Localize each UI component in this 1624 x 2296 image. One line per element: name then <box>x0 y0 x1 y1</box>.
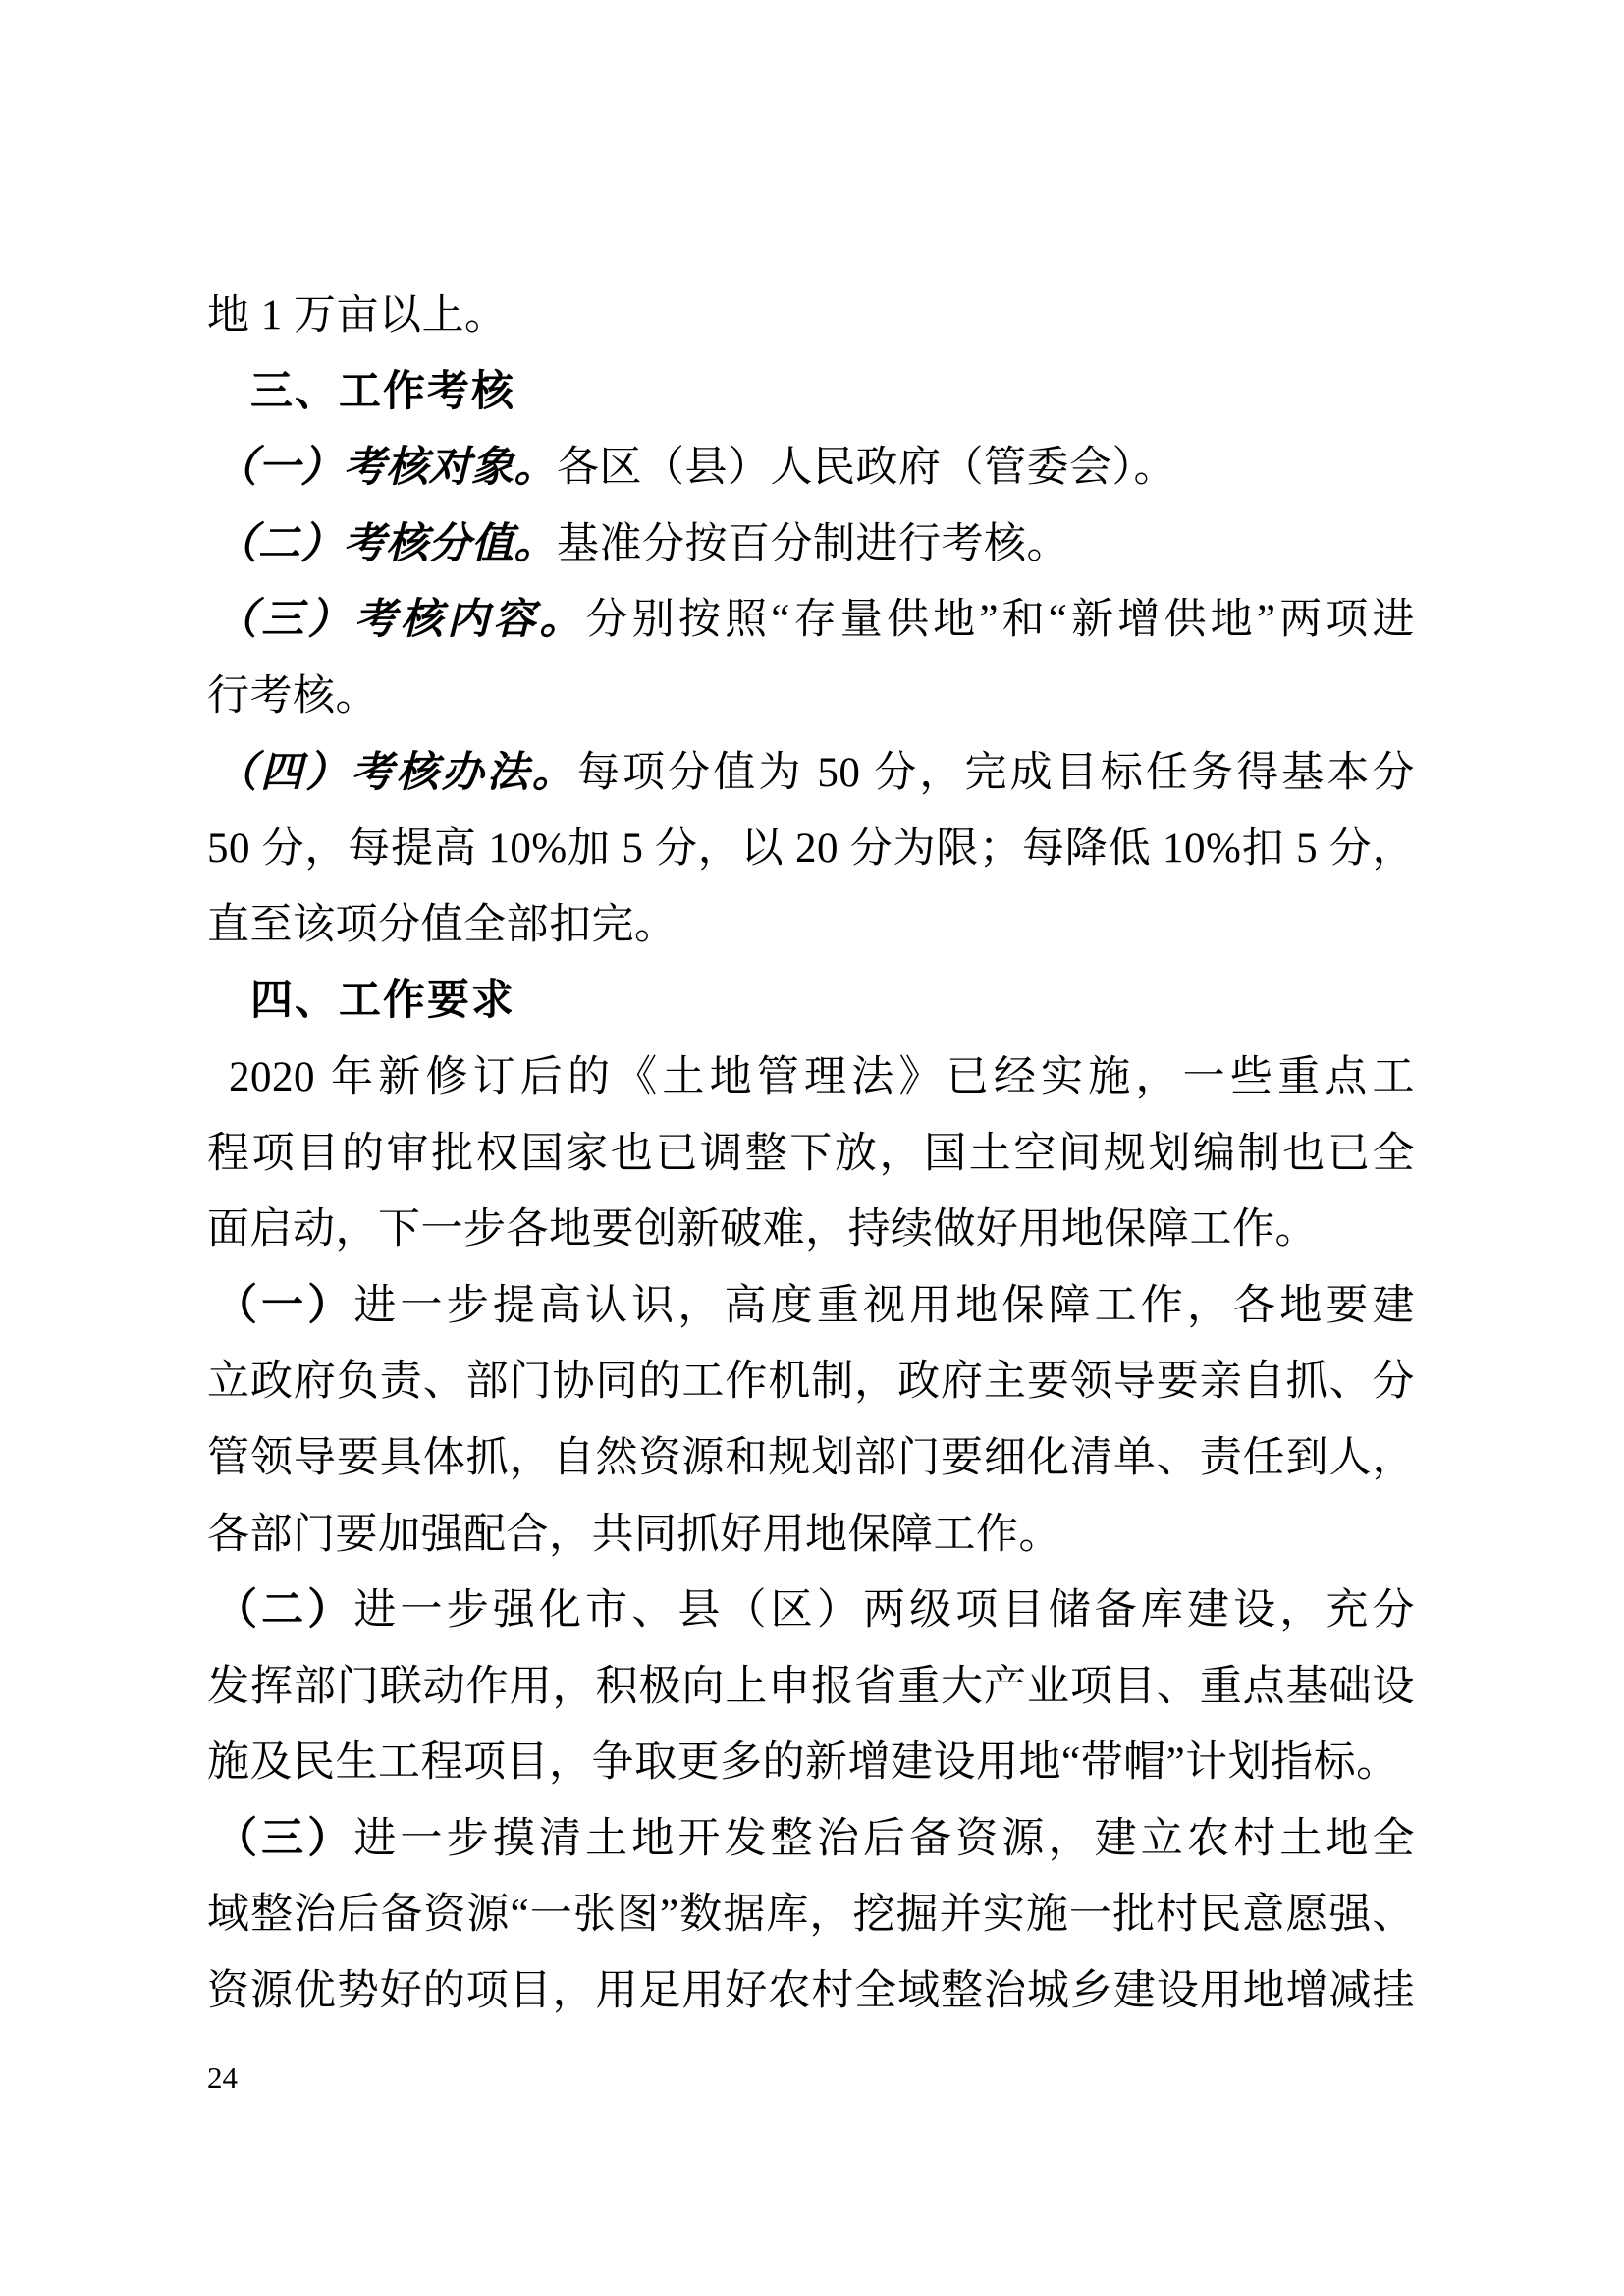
text-line: （一）进一步提高认识，高度重视用地保障工作，各地要建 <box>207 1268 1415 1345</box>
text-segment-bold: （二） <box>215 1587 353 1633</box>
text-line: （一）考核对象。各区（县）人民政府（管委会）。 <box>207 430 1415 507</box>
text-segment-normal: 行考核。 <box>207 673 378 720</box>
text-segment-bold: （三） <box>215 1816 353 1862</box>
text-segment-normal: 施及民生工程项目，争取更多的新增建设用地“带帽”计划指标。 <box>207 1739 1399 1786</box>
text-segment-normal: 每项分值为 50 分，完成目标任务得基本分 <box>577 750 1415 796</box>
text-segment-normal: 基准分按百分制进行考核。 <box>557 521 1069 567</box>
text-line: 施及民生工程项目，争取更多的新增建设用地“带帽”计划指标。 <box>207 1725 1415 1801</box>
text-line: 行考核。 <box>207 659 1415 735</box>
text-segment-label: （三）考核内容。 <box>215 597 586 643</box>
text-segment-normal: 程项目的审批权国家也已调整下放，国土空间规划编制也已全 <box>207 1131 1415 1177</box>
text-segment-normal: 进一步摸清土地开发整治后备资源，建立农村土地全 <box>353 1816 1415 1862</box>
document-page: 地 1 万亩以上。三、工作考核（一）考核对象。各区（县）人民政府（管委会）。（二… <box>0 0 1624 2296</box>
text-segment-normal: 立政府负责、部门协同的工作机制，政府主要领导要亲自抓、分 <box>207 1359 1415 1405</box>
text-segment-normal: 2020 年新修订后的《土地管理法》已经实施，一些重点工 <box>229 1054 1415 1100</box>
document-text: 地 1 万亩以上。三、工作考核（一）考核对象。各区（县）人民政府（管委会）。（二… <box>207 278 1415 2030</box>
text-line: 发挥部门联动作用，积极向上申报省重大产业项目、重点基础设 <box>207 1649 1415 1726</box>
text-segment-normal: 发挥部门联动作用，积极向上申报省重大产业项目、重点基础设 <box>207 1664 1415 1710</box>
text-line: 立政府负责、部门协同的工作机制，政府主要领导要亲自抓、分 <box>207 1344 1415 1420</box>
text-segment-label: （二）考核分值。 <box>215 521 557 567</box>
text-line: 地 1 万亩以上。 <box>207 278 1415 354</box>
text-line: （三）考核内容。分别按照“存量供地”和“新增供地”两项进 <box>207 582 1415 659</box>
text-segment-normal: 资源优势好的项目，用足用好农村全域整治城乡建设用地增减挂 <box>207 1968 1415 2014</box>
text-line: 各部门要加强配合，共同抓好用地保障工作。 <box>207 1497 1415 1574</box>
text-segment-normal: 各部门要加强配合，共同抓好用地保障工作。 <box>207 1512 1061 1558</box>
text-line: 直至该项分值全部扣完。 <box>207 887 1415 964</box>
text-segment-bold: （一） <box>215 1283 353 1329</box>
text-segment-normal: 进一步强化市、县（区）两级项目储备库建设，充分 <box>353 1587 1415 1633</box>
text-line: 管领导要具体抓，自然资源和规划部门要细化清单、责任到人， <box>207 1420 1415 1497</box>
text-segment-normal: 直至该项分值全部扣完。 <box>207 902 677 948</box>
text-line: 三、工作考核 <box>207 354 1415 431</box>
text-line: （四）考核办法。每项分值为 50 分，完成目标任务得基本分 <box>207 735 1415 812</box>
text-line: （二）进一步强化市、县（区）两级项目储备库建设，充分 <box>207 1573 1415 1649</box>
text-segment-normal: 各区（县）人民政府（管委会）。 <box>557 445 1176 491</box>
text-segment-normal: 分别按照“存量供地”和“新增供地”两项进 <box>586 597 1415 643</box>
text-line: （二）考核分值。基准分按百分制进行考核。 <box>207 507 1415 583</box>
text-segment-heading: 四、工作要求 <box>250 977 515 1024</box>
text-segment-heading: 三、工作考核 <box>250 368 515 415</box>
text-line: 面启动，下一步各地要创新破难，持续做好用地保障工作。 <box>207 1192 1415 1268</box>
text-line: 程项目的审批权国家也已调整下放，国土空间规划编制也已全 <box>207 1116 1415 1193</box>
text-line: 域整治后备资源“一张图”数据库，挖掘并实施一批村民意愿强、 <box>207 1877 1415 1953</box>
text-line: （三）进一步摸清土地开发整治后备资源，建立农村土地全 <box>207 1801 1415 1878</box>
page-number: 24 <box>207 2058 238 2098</box>
text-line: 资源优势好的项目，用足用好农村全域整治城乡建设用地增减挂 <box>207 1953 1415 2030</box>
text-line: 2020 年新修订后的《土地管理法》已经实施，一些重点工 <box>207 1040 1415 1116</box>
text-segment-normal: 面启动，下一步各地要创新破难，持续做好用地保障工作。 <box>207 1206 1318 1253</box>
text-segment-normal: 50 分，每提高 10%加 5 分，以 20 分为限；每降低 10%扣 5 分， <box>207 826 1415 872</box>
text-segment-normal: 地 1 万亩以上。 <box>207 293 508 339</box>
text-segment-label: （一）考核对象。 <box>215 445 557 491</box>
text-line: 四、工作要求 <box>207 963 1415 1040</box>
text-segment-normal: 管领导要具体抓，自然资源和规划部门要细化清单、责任到人， <box>207 1435 1415 1481</box>
text-segment-label: （四）考核办法。 <box>215 750 577 796</box>
text-segment-normal: 域整治后备资源“一张图”数据库，挖掘并实施一批村民意愿强、 <box>207 1892 1415 1938</box>
text-line: 50 分，每提高 10%加 5 分，以 20 分为限；每降低 10%扣 5 分， <box>207 811 1415 887</box>
text-segment-normal: 进一步提高认识，高度重视用地保障工作，各地要建 <box>353 1283 1415 1329</box>
